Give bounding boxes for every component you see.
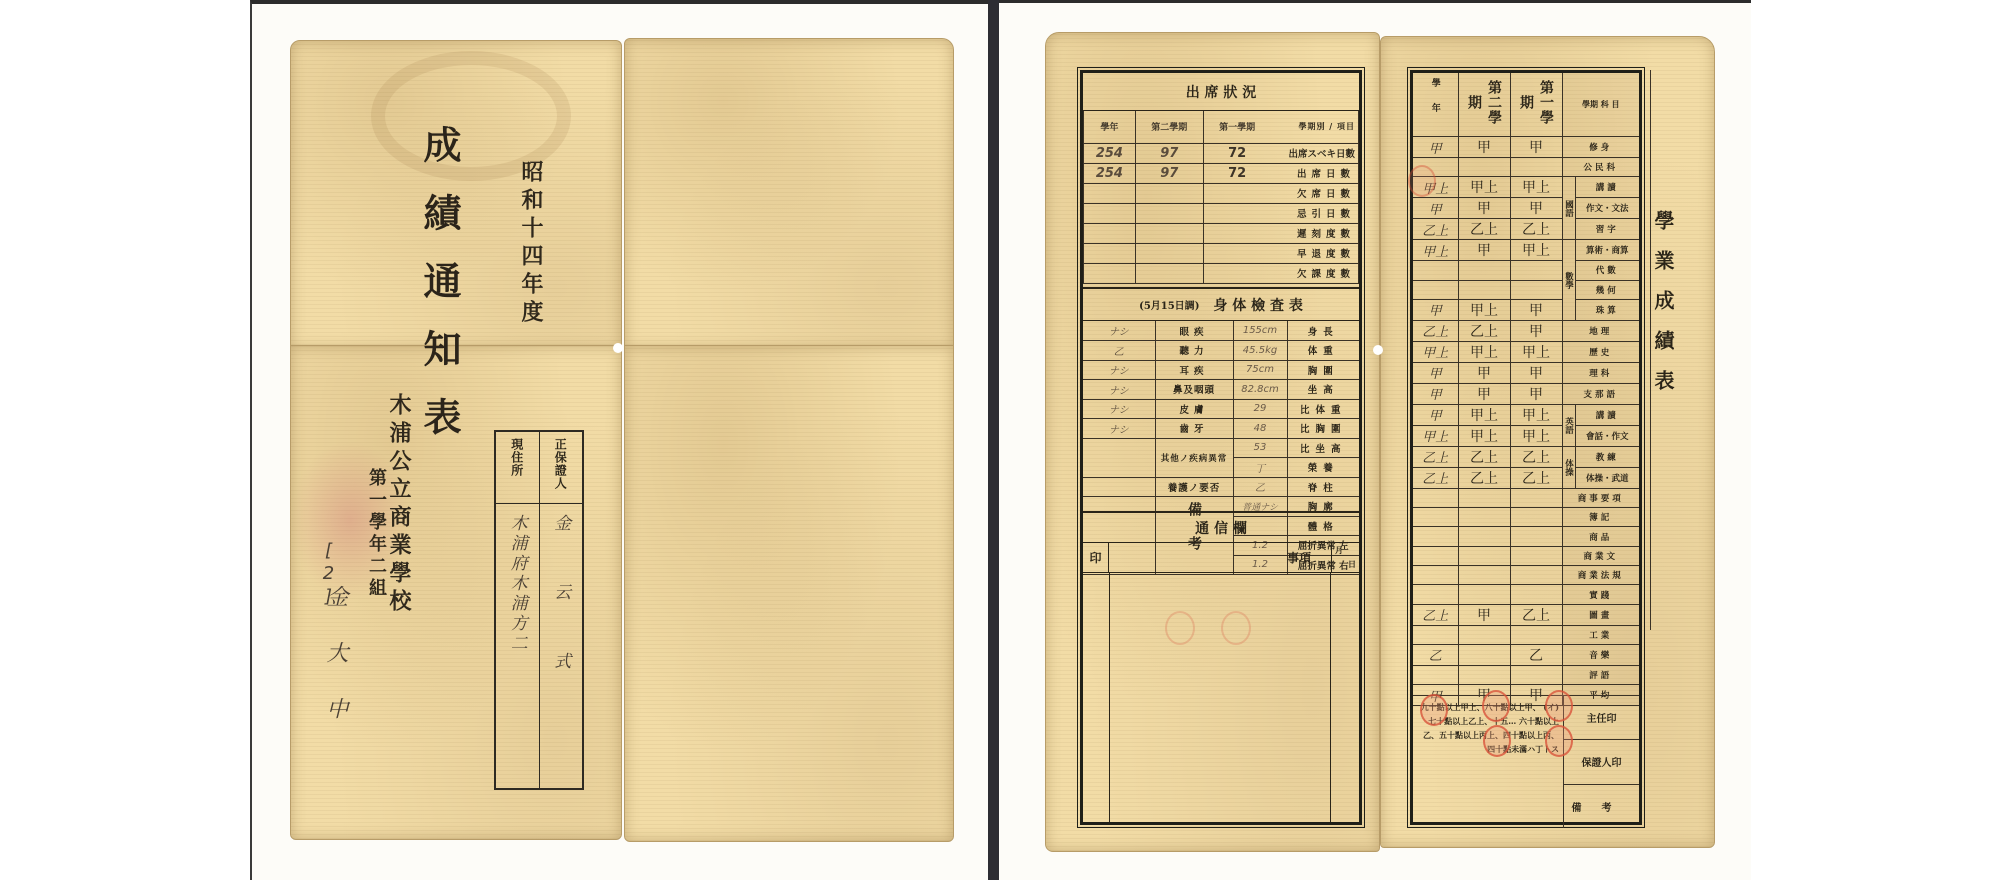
grade-row: 工業 <box>1413 625 1639 644</box>
cover-title: 成績通知表 <box>412 125 467 465</box>
grade-row: 講讀國語甲上甲上甲上 <box>1413 177 1639 198</box>
phys-row: 坐高82.8cm鼻及咽頭ナシ <box>1083 380 1359 400</box>
grade-row: 商業法規 <box>1413 566 1639 585</box>
grade-row: 歷史甲上甲上甲上 <box>1413 341 1639 362</box>
attendance-row: 欠課度數 <box>1084 263 1359 283</box>
grade-row: 珠算甲甲上甲 <box>1413 299 1639 320</box>
communication-body <box>1083 573 1359 822</box>
attendance-row: 遲刻度數 <box>1084 223 1359 243</box>
grade-row: 簿記 <box>1413 508 1639 527</box>
attendance-title: 出 席 狀 況 <box>1083 73 1359 111</box>
col-term1: 第一學期 <box>1516 73 1556 132</box>
address-column: 現住所 木浦府木浦方二 <box>496 432 539 788</box>
col-term1: 第一學期 <box>1203 111 1270 143</box>
grade-row: 支那語甲甲甲 <box>1413 383 1639 404</box>
grades-title: 學業成績表 <box>1649 210 1678 630</box>
physical-exam-date: (5月15日調) <box>1139 297 1199 312</box>
attendance-row: 忌引日數 <box>1084 203 1359 223</box>
fold-hole <box>613 343 623 353</box>
grade-row: 公民科 <box>1413 158 1639 177</box>
guardian-column: 正保證人 金云式 <box>539 432 583 788</box>
attendance-row: 出席スベキ日數7297254 <box>1084 143 1359 163</box>
phys-row: 脊柱乙養護ノ要否 <box>1083 477 1359 497</box>
date-cell: 月 日 <box>1331 543 1359 572</box>
faded-seal <box>1165 611 1195 645</box>
phys-row: 比胸圍48齒牙ナシ <box>1083 419 1359 439</box>
seal-header: 印 <box>1083 543 1109 572</box>
grade-row: 會話・作文甲上甲上甲上 <box>1413 425 1639 446</box>
grade-row: 作文・文法甲甲甲 <box>1413 198 1639 219</box>
address-value: 木浦府木浦方二 <box>505 514 530 788</box>
grades-table: 學期 科 目 第一學期 第二學期 學年 修身甲甲甲 公民科 講讀國語甲上甲上甲上… <box>1413 73 1639 706</box>
red-seal <box>1545 690 1573 722</box>
guardian-value: 金云式 <box>548 514 573 788</box>
scan-divider <box>988 0 999 880</box>
grade-row: 算術・商算數學甲上甲甲上 <box>1413 240 1639 261</box>
cover-class-line: 第一學年二組 <box>363 468 389 600</box>
phys-row: 比体重29皮膚ナシ <box>1083 399 1359 419</box>
student-name: 金大中 <box>320 585 351 753</box>
attendance-corner: 學期別 / 項目 <box>1271 111 1359 143</box>
attendance-row: 早退度數 <box>1084 243 1359 263</box>
attendance-row: 欠席日數 <box>1084 183 1359 203</box>
cover-panel-bottom-right <box>624 345 954 842</box>
grade-row: 圖畫乙上甲乙上 <box>1413 604 1639 625</box>
fold-hole <box>1373 345 1383 355</box>
col-year: 學年 <box>1084 111 1136 143</box>
communication-header: 月 日 事項 印 <box>1083 543 1359 573</box>
grade-row: 商事要項 <box>1413 488 1639 507</box>
grade-row: 地理甲乙上乙上 <box>1413 320 1639 341</box>
phys-row: 身長155cm眼疾ナシ <box>1083 321 1359 341</box>
grades-corner: 學期 科 目 <box>1562 73 1639 137</box>
sign-labels: 主任印 保證人印 備考 <box>1563 696 1639 828</box>
grade-row: 講讀英語甲上甲上甲 <box>1413 404 1639 425</box>
phys-row: 胸圍75cm耳疾ナシ <box>1083 360 1359 380</box>
guardian-seal-label: 保證人印 <box>1564 740 1639 784</box>
faded-seal <box>1221 611 1251 645</box>
attendance-row: 出席日數7297254 <box>1084 163 1359 183</box>
homeroom-seal-label: 主任印 <box>1564 696 1639 740</box>
grade-row: 教練体操乙上乙上乙上 <box>1413 446 1639 467</box>
guardian-box: 正保證人 金云式 現住所 木浦府木浦方二 <box>494 430 584 790</box>
grade-row: 商業文 <box>1413 546 1639 565</box>
col-year: 學年 <box>1429 78 1442 128</box>
col-term2: 第二學期 <box>1135 111 1203 143</box>
physical-exam-title: 身 体 檢 査 表 <box>1213 295 1303 315</box>
address-label: 現住所 <box>509 438 526 503</box>
phys-row: 体重45.5kg聽力乙 <box>1083 341 1359 361</box>
grade-row: 修身甲甲甲 <box>1413 137 1639 158</box>
attendance-table: 學期別 / 項目 第一學期 第二學期 學年 出席スベキ日數7297254 出席日… <box>1083 111 1359 284</box>
communication-title: 通 信 欄 <box>1083 511 1359 543</box>
grade-row: 音樂乙乙 <box>1413 644 1639 665</box>
grade-row: 商品 <box>1413 527 1639 546</box>
red-seal <box>1545 725 1573 757</box>
grade-row: 實踐 <box>1413 585 1639 604</box>
guardian-label: 正保證人 <box>552 438 569 503</box>
cover-fiscal-year: 昭和十四年度 <box>516 160 547 328</box>
physical-exam-title-bar: 身 体 檢 査 表 (5月15日調) <box>1083 287 1359 321</box>
red-seal <box>1482 690 1510 722</box>
col-term2: 第二學期 <box>1464 73 1504 132</box>
red-seal <box>1408 165 1436 197</box>
grade-row: 評語 <box>1413 665 1639 684</box>
grades-header-row: 學期 科 目 第一學期 第二學期 學年 <box>1413 73 1639 137</box>
attendance-physical-frame: 出 席 狀 況 學期別 / 項目 第一學期 第二學期 學年 出席スベキ日數729… <box>1080 70 1362 825</box>
red-seal <box>1483 725 1511 757</box>
cover-panel-top-right <box>624 38 954 350</box>
phys-row: 比坐高53其他ノ疾病異常 <box>1083 438 1359 458</box>
grade-row: 習字乙上乙上乙上 <box>1413 219 1639 240</box>
grades-remarks-label: 備考 <box>1564 785 1639 828</box>
grade-row: 代數 <box>1413 261 1639 280</box>
item-header: 事項 <box>1109 543 1331 572</box>
grade-row: 幾何 <box>1413 280 1639 299</box>
grade-row: 体操・武道乙上乙上乙上 <box>1413 467 1639 488</box>
grade-row: 理科甲甲甲 <box>1413 362 1639 383</box>
red-seal <box>1420 694 1448 726</box>
grades-title-column: 學業成績表 <box>1650 70 1676 630</box>
